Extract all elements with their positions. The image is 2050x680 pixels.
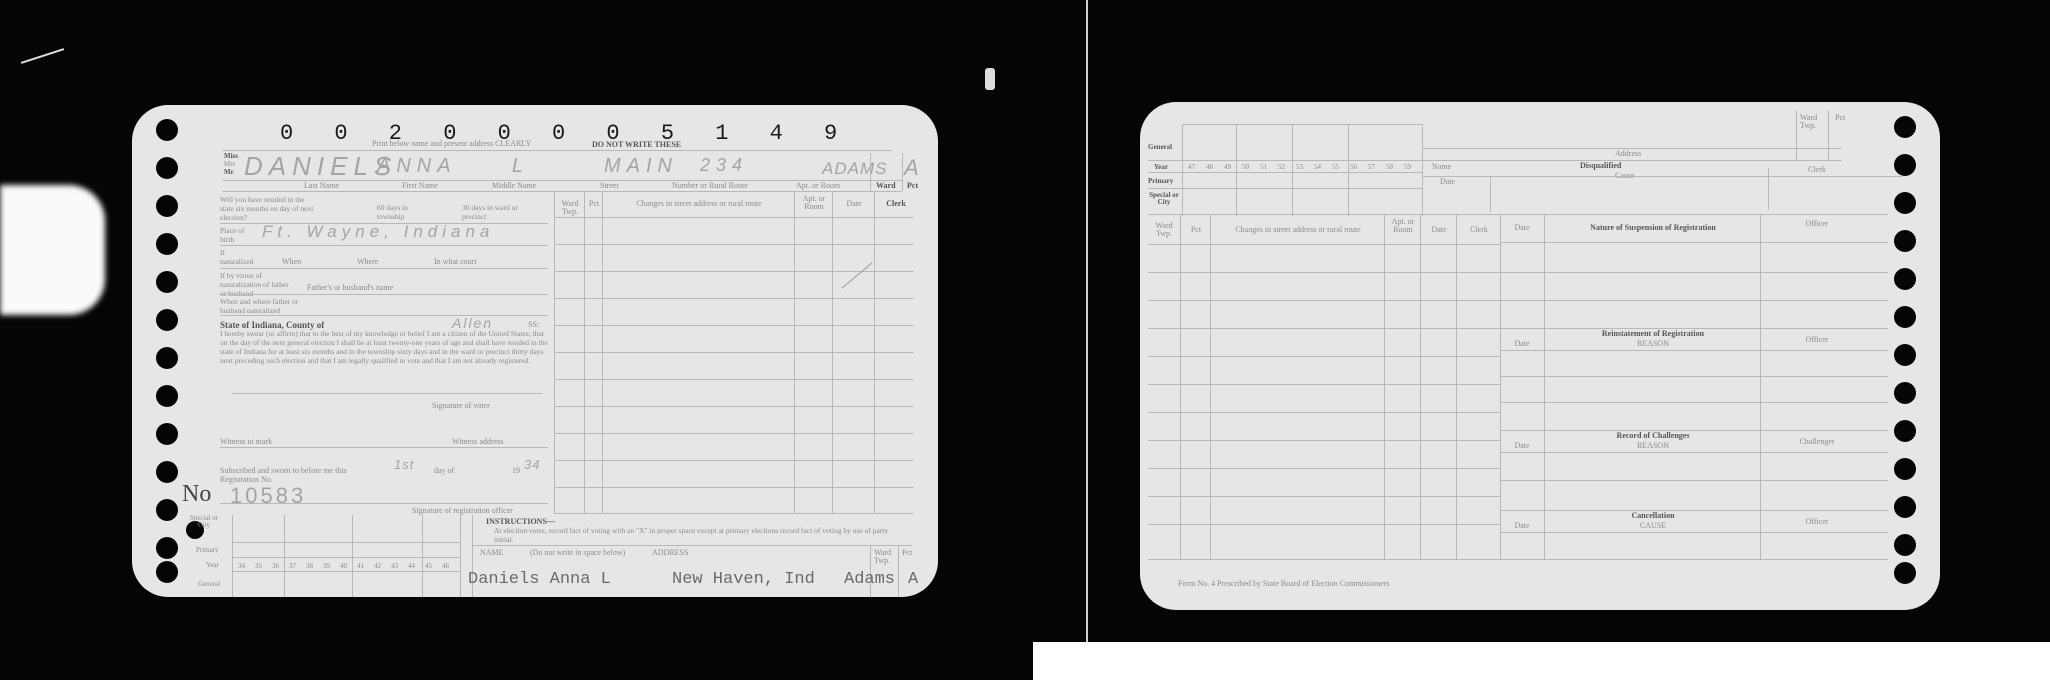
year-cell: 51: [1260, 163, 1267, 171]
rule: [1500, 376, 1888, 377]
punch-hole: [1894, 496, 1916, 518]
handwritten-place-of-birth: Ft. Wayne, Indiana: [262, 222, 494, 242]
rule: [1500, 510, 1888, 511]
rule: [1180, 214, 1181, 559]
rule: [1760, 214, 1761, 559]
footer-pct-label: Pct: [902, 549, 912, 557]
punch-hole: [1894, 562, 1916, 584]
back-changes-apt: Apt. or Room: [1386, 218, 1420, 234]
rule: [554, 352, 914, 353]
year-cell: 43: [391, 562, 398, 570]
registration-number: 10583: [230, 483, 306, 509]
signature-of-voter: Signature of voter: [432, 402, 490, 410]
scan-divider: [1086, 0, 1088, 642]
father-husband-when: When and where father or husband natural…: [220, 297, 320, 315]
rule: [554, 244, 914, 245]
rule: [1148, 559, 1888, 560]
challenges-date: Date: [1502, 442, 1542, 450]
typed-pct: A: [908, 570, 918, 589]
rule: [1422, 176, 1902, 177]
naturalized-where: Where: [357, 258, 378, 266]
punch-hole: [156, 347, 178, 369]
changes-header-clerk: Clerk: [876, 200, 916, 208]
rule: [554, 298, 914, 299]
rule: [1148, 244, 1500, 245]
rule: [554, 513, 914, 514]
grid-label-year: Year: [206, 562, 219, 569]
rule: [1500, 480, 1888, 481]
punch-hole: [156, 195, 178, 217]
rule: [1500, 214, 1501, 559]
rule: [232, 515, 233, 597]
title-mrs: Mrs: [224, 161, 235, 168]
footer-address-label: ADDRESS: [652, 549, 688, 557]
scan-dust: [985, 68, 995, 90]
rule: [554, 433, 914, 434]
punch-hole: [156, 157, 178, 179]
back-changes-date: Date: [1422, 226, 1456, 234]
rule: [1148, 328, 1500, 329]
last-name-label: Last Name: [304, 182, 339, 190]
rule: [1500, 402, 1888, 403]
punch-hole: [156, 309, 178, 331]
rule: [284, 515, 285, 597]
rule: [232, 557, 460, 558]
rule: [1828, 110, 1829, 160]
punch-hole: [1894, 116, 1916, 138]
rule: [232, 542, 460, 543]
disqualified-label: Disqualified: [1580, 162, 1621, 170]
suspension-officer: Officer: [1762, 220, 1872, 228]
naturalized-court: In what court: [434, 258, 477, 266]
rule: [1422, 124, 1423, 216]
signature-registration-officer: Signature of registration officer: [412, 507, 513, 515]
suspension-date: Date: [1502, 224, 1542, 232]
rule: [1292, 124, 1293, 216]
rule: [1148, 524, 1500, 525]
rule: [902, 153, 903, 191]
year-cell: 57: [1368, 163, 1375, 171]
year-cell: 44: [408, 562, 415, 570]
rule: [232, 571, 460, 572]
rule: [1148, 172, 1422, 173]
reinstatement-date: Date: [1502, 340, 1542, 348]
rule: [554, 379, 914, 380]
rule: [1148, 412, 1500, 413]
typed-name: Daniels Anna L: [468, 570, 611, 589]
rule: [1422, 148, 1842, 149]
rule: [1500, 452, 1888, 453]
challenges-reason: REASON: [1546, 442, 1760, 450]
year-cell: 56: [1350, 163, 1357, 171]
rule: [1456, 214, 1457, 559]
handwritten-last-name: DANIELS: [244, 151, 397, 182]
year-cell: 55: [1332, 163, 1339, 171]
year-cell: 38: [306, 562, 313, 570]
rule: [898, 545, 899, 597]
reinstatement-title: Reinstatement of Registration: [1546, 330, 1760, 338]
rule: [1148, 272, 1500, 273]
year-cell: 36: [272, 562, 279, 570]
year-cell: 46: [442, 562, 449, 570]
rule: [1148, 496, 1500, 497]
street-label: Street: [600, 182, 619, 190]
rule: [1148, 160, 1422, 161]
rule: [1420, 214, 1421, 559]
year-cell: 35: [255, 562, 262, 570]
year-cell: 59: [1404, 163, 1411, 171]
rule: [222, 191, 902, 192]
changes-header-ward: Ward Twp.: [556, 200, 584, 216]
back-ward-label: Ward Twp.: [1800, 114, 1826, 130]
instructions-text: At election votes, record fact of voting…: [494, 526, 894, 544]
date-scribble: [841, 262, 872, 288]
rule: [1210, 214, 1211, 559]
place-of-birth-label: Place of birth: [220, 226, 260, 244]
serial-number: 0 0 2 0 0 0 0 5 1 4 9: [280, 121, 851, 146]
back-grid-primary: Primary: [1148, 178, 1173, 185]
header-instruction: Print below name and present address CLE…: [372, 140, 531, 148]
year-cell: 37: [289, 562, 296, 570]
cancellation-title: Cancellation: [1546, 512, 1760, 520]
rule: [220, 315, 548, 316]
punch-hole: [1894, 382, 1916, 404]
rule: [1796, 110, 1797, 160]
changes-header-date: Date: [834, 200, 874, 208]
rule: [1500, 430, 1888, 431]
naturalized-label: If naturalized: [220, 248, 260, 266]
rule: [1384, 214, 1385, 559]
ward-label: Ward: [876, 182, 896, 190]
punch-hole: [1894, 534, 1916, 556]
number-label: Number or Rural Route: [672, 182, 748, 190]
year-cell: 50: [1242, 163, 1249, 171]
rule: [1500, 272, 1888, 273]
rule: [1148, 440, 1500, 441]
handwritten-day: 1st: [394, 457, 414, 472]
rule: [220, 268, 548, 269]
rule: [422, 515, 423, 597]
footer-name-label: NAME: [480, 549, 504, 557]
rule: [1148, 356, 1500, 357]
residence-township: 60 days in township: [377, 203, 437, 221]
day-of: day of: [434, 467, 454, 475]
punch-hole: [156, 423, 178, 445]
apt-label: Apt. or Room: [796, 182, 840, 190]
suspension-nature: Nature of Suspension of Registration: [1546, 224, 1760, 232]
rule: [554, 487, 914, 488]
oath-text: I hereby swear (or affirm) that to the b…: [220, 329, 550, 365]
rule: [554, 325, 914, 326]
punch-hole: [156, 119, 178, 141]
rule: [1148, 300, 1500, 301]
oath-ss: SS:: [528, 321, 539, 329]
grid-label-special: Special or City: [184, 515, 224, 529]
rule: [1148, 188, 1422, 189]
punch-hole: [156, 385, 178, 407]
back-date-label: Date: [1440, 178, 1455, 186]
rule: [1148, 468, 1500, 469]
punch-hole: [1894, 420, 1916, 442]
challenges-title: Record of Challenges: [1546, 432, 1760, 440]
handwritten-number: 234: [700, 155, 748, 176]
rule: [352, 515, 353, 597]
changes-header-pct: Pct: [586, 200, 602, 208]
punch-hole: [156, 233, 178, 255]
instructions-title: INSTRUCTIONS—: [486, 518, 555, 526]
back-clerk-label: Clerk: [1808, 166, 1826, 174]
year-cell: 45: [425, 562, 432, 570]
rule: [1500, 350, 1888, 351]
year-cell: 39: [323, 562, 330, 570]
father-husband-name: Father's or husband's name: [307, 284, 393, 292]
handwritten-street: MAIN: [604, 155, 678, 178]
back-pct-label: Pct: [1835, 114, 1845, 122]
pct-label: Pct: [907, 182, 918, 190]
back-changes-ward: Ward Twp.: [1148, 222, 1180, 238]
witness-to-mark: Witness to mark: [220, 438, 272, 446]
punch-hole: [1894, 344, 1916, 366]
title-mr: Mr: [224, 169, 234, 176]
naturalized-when: When: [282, 258, 301, 266]
residence-question: Will you have resided in the state six m…: [220, 195, 320, 222]
rule: [1182, 124, 1183, 216]
handwritten-first-name: ANNA: [377, 155, 457, 178]
back-changes-pct: Pct: [1182, 226, 1210, 234]
back-grid-general: General: [1148, 144, 1172, 151]
handwritten-middle: L: [512, 155, 529, 178]
back-address-label: Address: [1615, 150, 1641, 158]
rule: [220, 447, 548, 448]
cancellation-officer: Officer: [1762, 518, 1872, 526]
punch-hole: [1894, 268, 1916, 290]
challenges-challenger: Challenger: [1762, 438, 1872, 446]
footer-ward-label: Ward Twp.: [874, 549, 896, 565]
cancellation-cause: CAUSE: [1546, 522, 1760, 530]
rule: [554, 460, 914, 461]
rule: [220, 245, 548, 246]
rule: [1490, 176, 1491, 212]
witness-address: Witness address: [452, 438, 503, 446]
year-cell: 42: [374, 562, 381, 570]
card-front: 0 0 2 0 0 0 0 5 1 4 9 Print below name a…: [132, 105, 938, 597]
back-changes-clerk: Clerk: [1458, 226, 1500, 234]
header-warning: DO NOT WRITE THESE: [592, 141, 681, 149]
cancellation-date: Date: [1502, 522, 1542, 530]
footer-note: (Do not write in space below): [530, 549, 625, 557]
rule: [1500, 300, 1888, 301]
punch-hole: [156, 499, 178, 521]
punch-hole: [1894, 192, 1916, 214]
no-symbol: No: [182, 481, 211, 508]
rule: [1500, 532, 1888, 533]
rule: [460, 515, 461, 597]
punch-hole: [156, 461, 178, 483]
grid-label-general: General: [198, 581, 220, 588]
handwritten-ward: ADAMS: [822, 159, 887, 179]
rule: [220, 503, 548, 504]
rule: [870, 153, 871, 191]
punch-hole: [1894, 306, 1916, 328]
grid-label-primary: Primary: [196, 547, 219, 554]
rule: [220, 294, 548, 295]
year-cell: 34: [238, 562, 245, 570]
rule: [1236, 124, 1237, 216]
rule: [1500, 242, 1888, 243]
residence-ward: 30 days in ward or precinct: [462, 203, 542, 221]
rule: [1544, 214, 1545, 559]
changes-header-apt: Apt. or Room: [796, 195, 832, 211]
rule: [1148, 384, 1500, 385]
card-back: General Year Primary Special or City 47 …: [1140, 102, 1940, 610]
punch-hole: [1894, 230, 1916, 252]
year-cell: 41: [357, 562, 364, 570]
year-cell: 48: [1206, 163, 1213, 171]
year-cell: 58: [1386, 163, 1393, 171]
typed-ward: Adams: [844, 570, 895, 589]
signature-line: [232, 393, 542, 394]
punch-hole: [156, 537, 178, 559]
scan-glare: [0, 185, 105, 315]
year-cell: 47: [1188, 163, 1195, 171]
reinstatement-officer: Officer: [1762, 336, 1872, 344]
handwritten-year: 34: [524, 457, 540, 472]
punch-hole: [1894, 458, 1916, 480]
rule: [472, 545, 912, 546]
year-cell: 49: [1224, 163, 1231, 171]
changes-header-address: Changes in street address or rural route: [604, 200, 794, 208]
subscribed-text: Subscribed and sworn to before me this: [220, 467, 347, 475]
reinstatement-reason: REASON: [1546, 340, 1760, 348]
first-name-label: First Name: [402, 182, 438, 190]
year-cell: 53: [1296, 163, 1303, 171]
rule: [554, 406, 914, 407]
punch-hole: [156, 271, 178, 293]
punch-hole: [156, 561, 178, 583]
rule: [554, 217, 914, 218]
scan-border: [1033, 642, 2050, 680]
year-cell: 54: [1314, 163, 1321, 171]
rule: [1148, 214, 1888, 215]
rule: [1348, 124, 1349, 216]
back-changes-address: Changes in street address or rural route: [1212, 226, 1384, 234]
typed-address: New Haven, Ind: [672, 570, 815, 589]
punch-hole: [1894, 154, 1916, 176]
form-footer: Form No. 4 Prescribed by State Board of …: [1178, 580, 1390, 588]
rule: [1182, 124, 1422, 125]
middle-name-label: Middle Name: [492, 182, 536, 190]
handwritten-pct: A: [904, 155, 925, 181]
year-cell: 52: [1278, 163, 1285, 171]
back-grid-year: Year: [1154, 164, 1168, 171]
rule: [1768, 168, 1769, 210]
year-prefix: 19: [512, 467, 520, 475]
scan-scratch: [21, 48, 64, 64]
year-cell: 40: [340, 562, 347, 570]
title-miss: Miss: [224, 153, 238, 160]
back-grid-special: Special or City: [1148, 192, 1180, 206]
rule: [1422, 160, 1842, 161]
back-name-label: Name: [1432, 163, 1451, 171]
